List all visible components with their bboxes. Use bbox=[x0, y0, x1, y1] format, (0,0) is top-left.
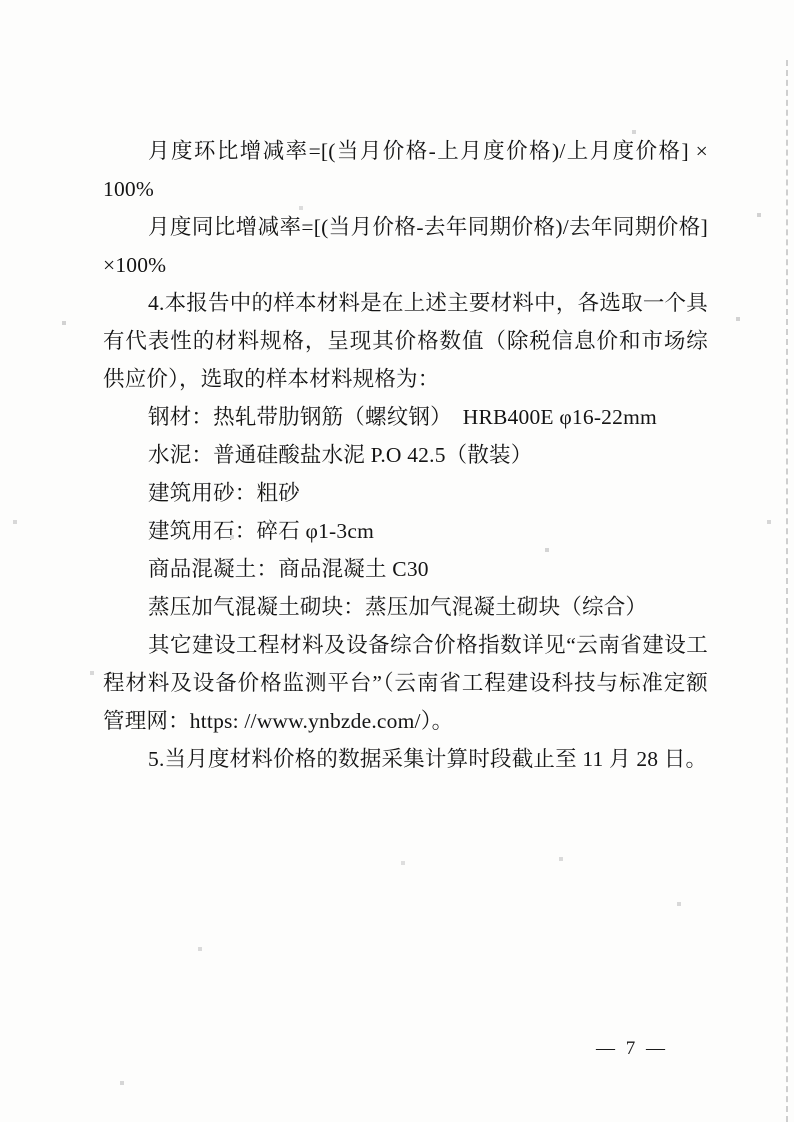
text-line: 有代表性的材料规格，呈现其价格数值（除税信息价和市场综合 bbox=[103, 322, 708, 360]
page-number: — 7 — bbox=[596, 1038, 668, 1060]
text-line: 100% bbox=[103, 170, 708, 208]
document-body: 月度环比增减率=[(当月价格-上月度价格)/上月度价格] ×100%月度同比增减… bbox=[103, 132, 708, 778]
text-line: 水泥：普通硅酸盐水泥 P.O 42.5（散装） bbox=[103, 436, 708, 474]
text-line: 蒸压加气混凝土砌块：蒸压加气混凝土砌块（综合） bbox=[103, 588, 708, 626]
text-line: 管理网：https: //www.ynbzde.com/）。 bbox=[103, 702, 708, 740]
text-line: 供应价），选取的样本材料规格为： bbox=[103, 360, 708, 398]
text-line: 4.本报告中的样本材料是在上述主要材料中，各选取一个具 bbox=[103, 284, 708, 322]
text-line: ×100% bbox=[103, 246, 708, 284]
text-line: 钢材：热轧带肋钢筋（螺纹钢） HRB400E φ16-22mm bbox=[103, 398, 708, 436]
text-line: 月度同比增减率=[(当月价格-去年同期价格)/去年同期价格] bbox=[103, 208, 708, 246]
scan-edge-artifact bbox=[786, 60, 788, 1122]
document-page: 月度环比增减率=[(当月价格-上月度价格)/上月度价格] ×100%月度同比增减… bbox=[0, 0, 794, 1122]
text-line: 商品混凝土：商品混凝土 C30 bbox=[103, 550, 708, 588]
text-line: 其它建设工程材料及设备综合价格指数详见“云南省建设工 bbox=[103, 626, 708, 664]
scan-noise-specks bbox=[0, 0, 2, 2]
text-line: 月度环比增减率=[(当月价格-上月度价格)/上月度价格] × bbox=[103, 132, 708, 170]
text-line: 建筑用砂：粗砂 bbox=[103, 474, 708, 512]
text-line: 5.当月度材料价格的数据采集计算时段截止至 11 月 28 日。 bbox=[103, 740, 708, 778]
text-line: 建筑用石：碎石 φ1-3cm bbox=[103, 512, 708, 550]
text-line: 程材料及设备价格监测平台”（云南省工程建设科技与标准定额 bbox=[103, 664, 708, 702]
